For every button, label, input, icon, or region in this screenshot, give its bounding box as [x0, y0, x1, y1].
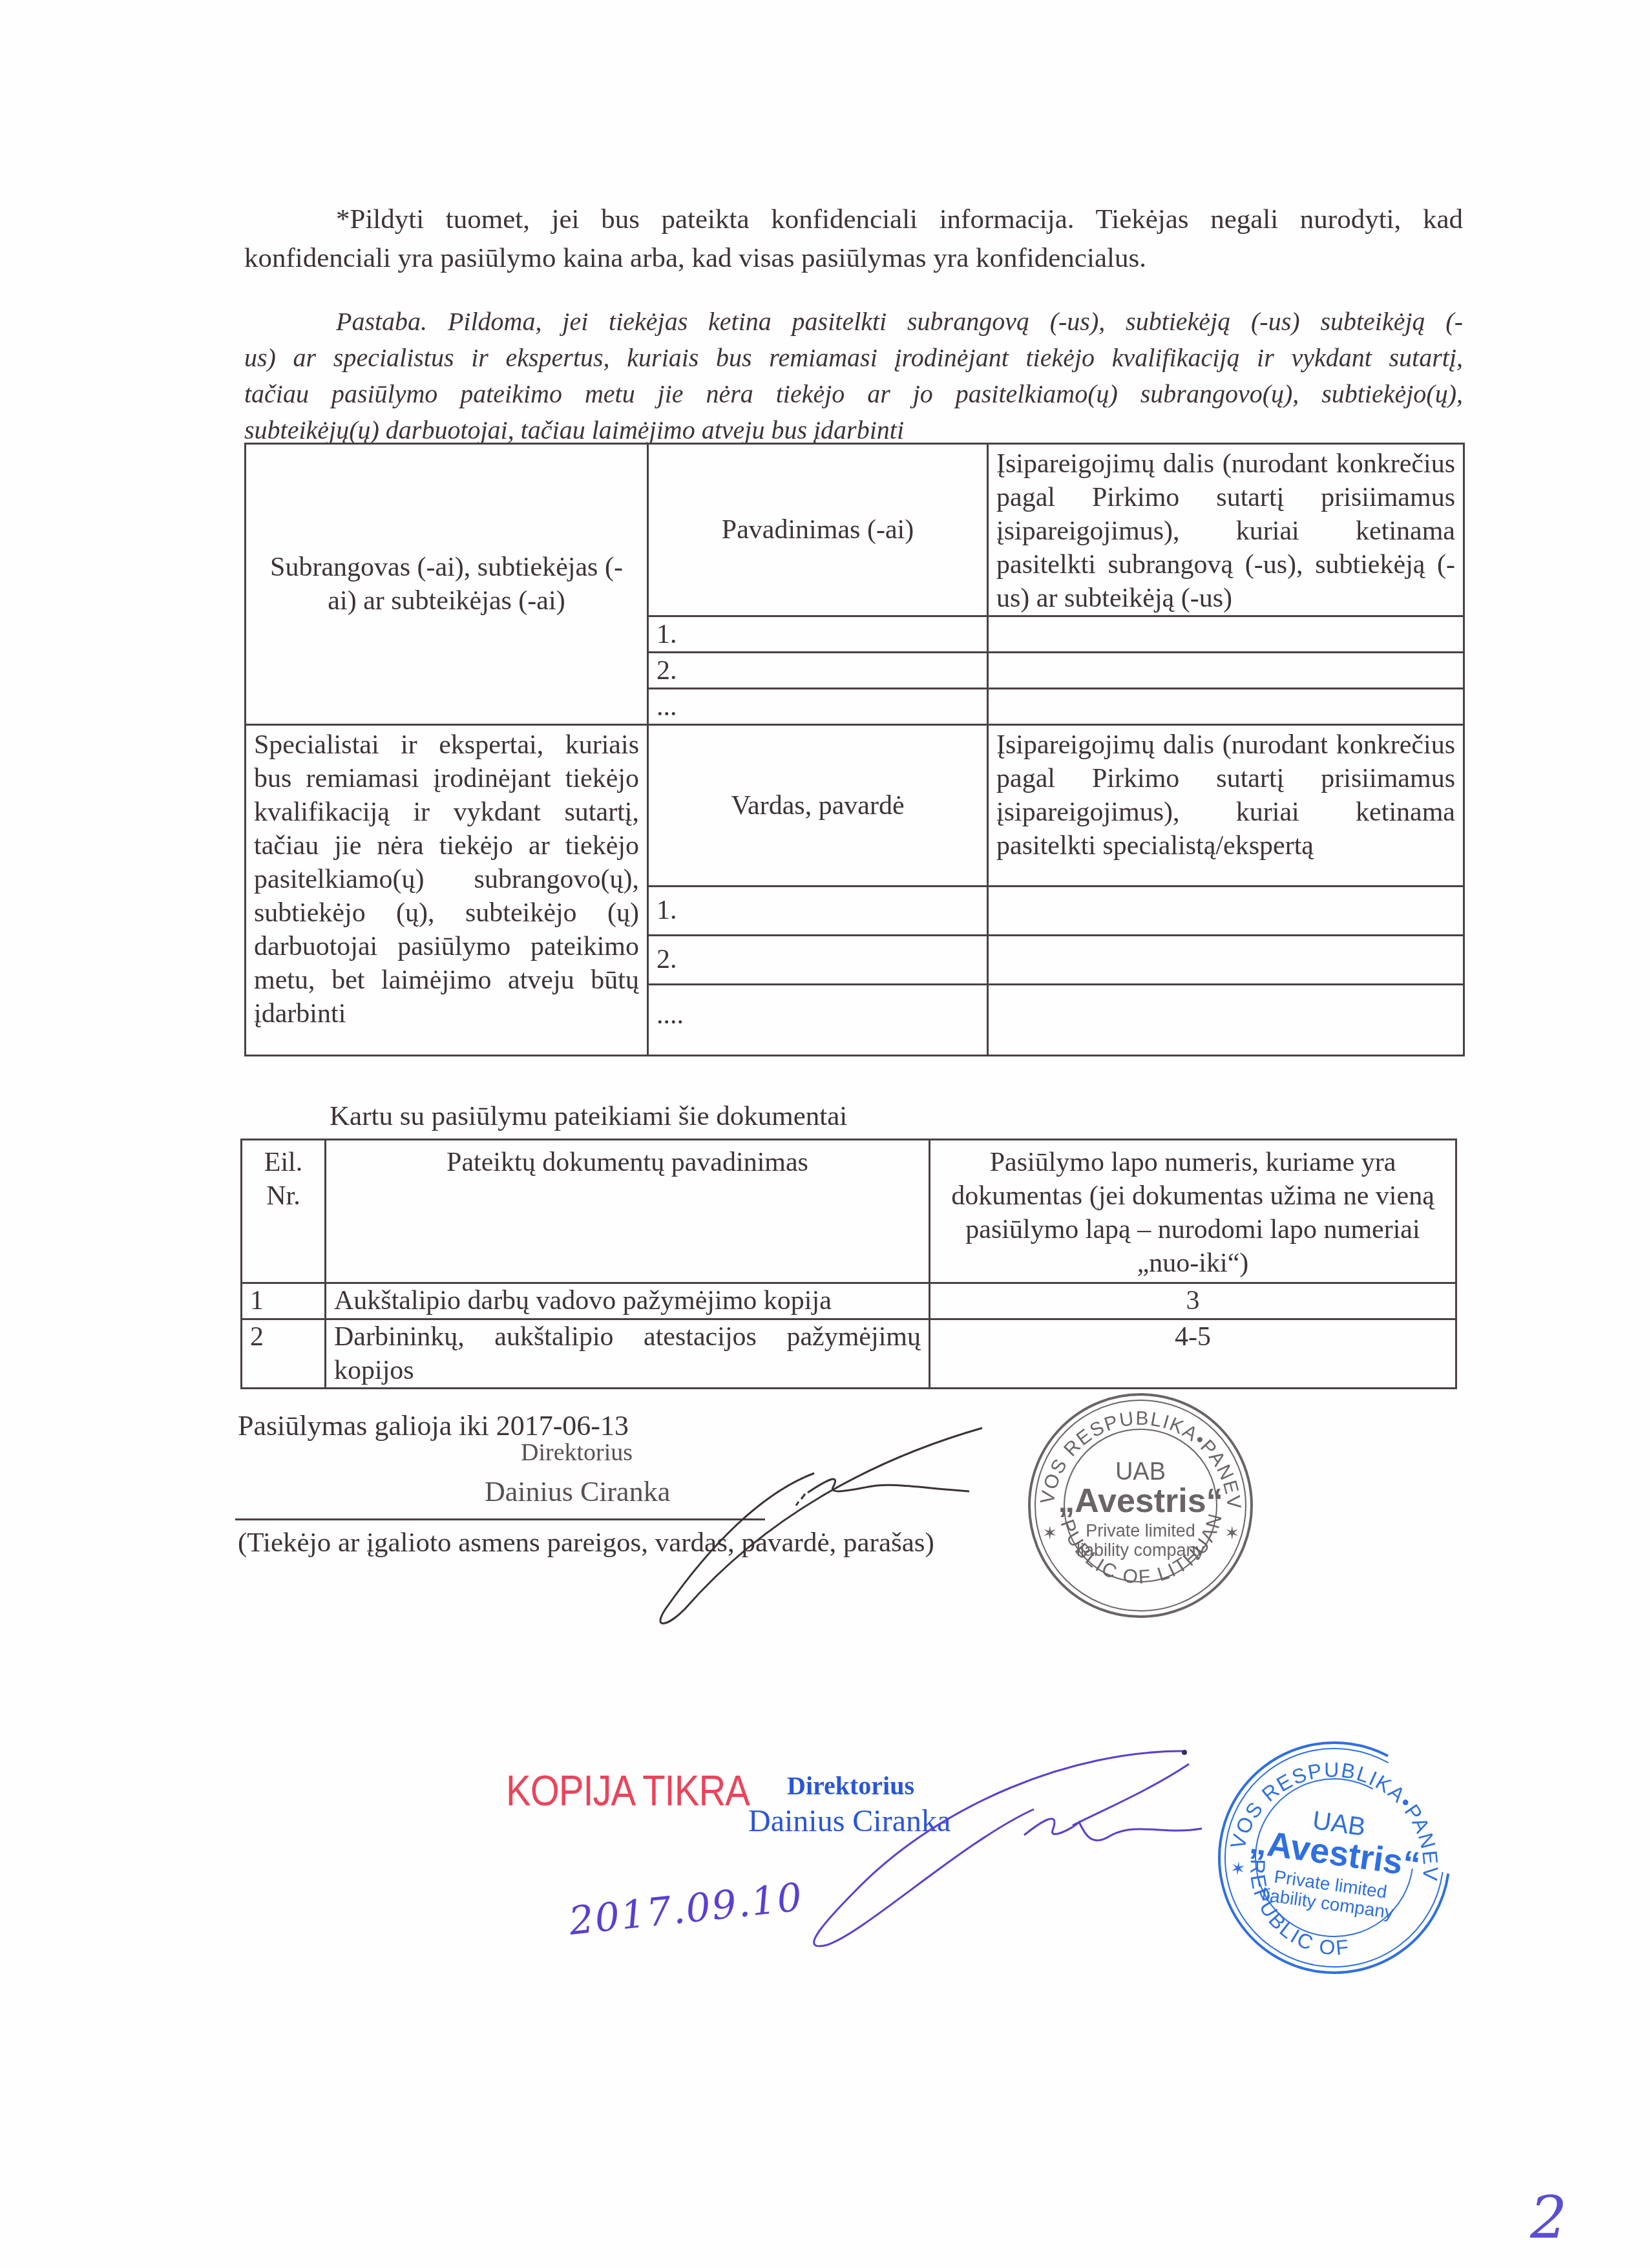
name-column-header: Pavadinimas (-ai) — [648, 444, 988, 616]
document-row-2-no: 2 — [242, 1319, 326, 1389]
document-row: 2 Darbininkų, aukštalipio atestacijos pa… — [242, 1319, 1456, 1389]
subcontractor-row-1-value[interactable] — [988, 616, 1464, 653]
company-seal-icon: LIETUVOS RESPUBLIKA•PANEVĖŽYS REPUBLIC O… — [1024, 1389, 1257, 1622]
note-line-3: tačiau pasiūlymo pateikimo metu jie nėra… — [244, 376, 1463, 412]
document-row-1-no: 1 — [242, 1283, 326, 1319]
document-row-1-page: 3 — [930, 1283, 1456, 1319]
svg-text:Private limited: Private limited — [1086, 1521, 1195, 1540]
documents-table: Eil. Nr. Pateiktų dokumentų pavadinimas … — [240, 1139, 1457, 1389]
subcontractor-row-2-value[interactable] — [988, 653, 1464, 689]
documents-caption: Kartu su pasiūlymu pateikiami šie dokume… — [330, 1098, 847, 1135]
header-page-number: Pasiūlymo lapo numeris, kuriame yra doku… — [930, 1140, 1456, 1283]
svg-text:✶: ✶ — [1229, 1858, 1247, 1880]
subcontractor-table: Subrangovas (-ai), subtiekėjas (-ai) ar … — [244, 443, 1465, 1056]
certified-copy-stamp: KOPIJA TIKRA — [506, 1766, 750, 1816]
page-number: 2 — [1530, 2184, 1567, 2252]
header-row-number: Eil. Nr. — [242, 1140, 326, 1283]
specialist-row-3-num: .... — [648, 985, 988, 1056]
fullname-column-header: Vardas, pavardė — [648, 725, 988, 887]
obligations-column-header: Įsipareigojimų dalis (nurodant konkrečiu… — [988, 444, 1464, 616]
footnote-line-2: konfidenciali yra pasiūlymo kaina arba, … — [244, 239, 1463, 278]
subcontractor-row-1-num: 1. — [648, 616, 988, 653]
footnote-line-1: *Pildyti tuomet, jei bus pateikta konfid… — [244, 200, 1463, 239]
note-paragraph: Pastaba. Pildoma, jei tiekėjas ketina pa… — [244, 304, 1463, 448]
svg-text:✶: ✶ — [1042, 1523, 1057, 1543]
document-row: 1 Aukštalipio darbų vadovo pažymėjimo ko… — [242, 1283, 1456, 1319]
subcontractor-row-3-value[interactable] — [988, 689, 1464, 725]
subcontractor-label: Subrangovas (-ai), subtiekėjas (-ai) ar … — [246, 444, 648, 725]
specialist-row-2-num: 2. — [648, 936, 988, 985]
signature-scribble-icon — [556, 1415, 1021, 1635]
svg-text:✶: ✶ — [1224, 1523, 1239, 1543]
svg-text:UAB: UAB — [1115, 1458, 1166, 1486]
document-row-1-name: Aukštalipio darbų vadovo pažymėjimo kopi… — [326, 1283, 930, 1319]
svg-text:liability company: liability company — [1077, 1540, 1205, 1560]
specialist-obligations-header: Įsipareigojimų dalis (nurodant konkrečiu… — [988, 725, 1464, 887]
specialists-label: Specialistai ir ekspertai, kuriais bus r… — [246, 725, 648, 1056]
header-document-name: Pateiktų dokumentų pavadinimas — [326, 1140, 930, 1283]
subcontractor-row-3-num: ... — [648, 689, 988, 725]
company-seal-blue-icon: LIETUVOS RESPUBLIKA•PANEVĖŽYS REPUBLIC O… — [1215, 1738, 1454, 1977]
subcontractor-row-2-num: 2. — [648, 653, 988, 689]
confidentiality-footnote: *Pildyti tuomet, jei bus pateikta konfid… — [244, 200, 1463, 278]
svg-text:„Avestris“: „Avestris“ — [1058, 1482, 1223, 1520]
specialist-row-2-value[interactable] — [988, 936, 1464, 985]
note-line-2: us) ar specialistus ir ekspertus, kuriai… — [244, 340, 1463, 376]
note-line-1: Pastaba. Pildoma, jei tiekėjas ketina pa… — [244, 304, 1463, 340]
specialist-row-1-num: 1. — [648, 887, 988, 936]
certification-date: 2017.09.10 — [567, 1874, 805, 1944]
document-row-2-name: Darbininkų, aukštalipio atestacijos pažy… — [326, 1319, 930, 1389]
specialist-row-1-value[interactable] — [988, 887, 1464, 936]
document-row-2-page: 4-5 — [930, 1319, 1456, 1389]
specialist-row-3-value[interactable] — [988, 985, 1464, 1056]
